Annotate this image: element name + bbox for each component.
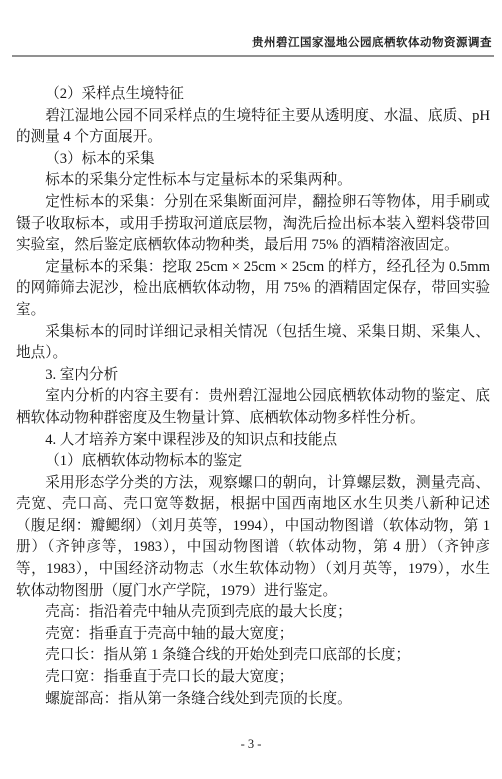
paragraph: 3. 室内分析	[16, 365, 490, 387]
paragraph: 壳高：指沿着壳中轴从壳顶到壳底的最大长度；	[16, 602, 490, 624]
paragraph: 定量标本的采集：挖取 25cm × 25cm × 25cm 的样方，经孔径为 0…	[16, 257, 490, 322]
paragraph: （1）底栖软体动物标本的鉴定	[16, 451, 490, 473]
paragraph: 壳口宽：指垂直于壳口长的最大宽度；	[16, 667, 490, 689]
header-rule	[12, 55, 494, 57]
paragraph: 壳宽：指垂直于壳高中轴的最大宽度；	[16, 624, 490, 646]
paragraph: 碧江湿地公园不同采样点的生境特征主要从透明度、水温、底质、pH 的测量 4 个方…	[16, 106, 490, 149]
paragraph: 标本的采集分定性标本与定量标本的采集两种。	[16, 170, 490, 192]
document-body: （2）采样点生境特征碧江湿地公园不同采样点的生境特征主要从透明度、水温、底质、p…	[16, 84, 490, 710]
paragraph: （3）标本的采集	[16, 149, 490, 171]
page-footer: - 3 -	[0, 737, 502, 752]
paragraph: 室内分析的内容主要有：贵州碧江湿地公园底栖软体动物的鉴定、底栖软体动物种群密度及…	[16, 386, 490, 429]
paragraph: 螺旋部高：指从第一条缝合线处到壳顶的长度。	[16, 689, 490, 711]
paragraph: 定性标本的采集：分别在采集断面河岸，翻捡卵石等物体，用手刷或镊子收取标本，或用手…	[16, 192, 490, 257]
page-number: - 3 -	[241, 737, 262, 751]
header-title: 贵州碧江国家湿地公园底栖软体动物资源调查	[252, 34, 492, 50]
paragraph: 采用形态学分类的方法，观察螺口的朝向，计算螺层数，测量壳高、壳宽、壳口高、壳口宽…	[16, 473, 490, 603]
paragraph: （2）采样点生境特征	[16, 84, 490, 106]
paragraph: 采集标本的同时详细记录相关情况（包括生境、采集日期、采集人、地点）。	[16, 322, 490, 365]
document-page: 贵州碧江国家湿地公园底栖软体动物资源调查 （2）采样点生境特征碧江湿地公园不同采…	[0, 0, 502, 779]
paragraph: 4. 人才培养方案中课程涉及的知识点和技能点	[16, 430, 490, 452]
paragraph: 壳口长：指从第 1 条缝合线的开始处到壳口底部的长度；	[16, 645, 490, 667]
